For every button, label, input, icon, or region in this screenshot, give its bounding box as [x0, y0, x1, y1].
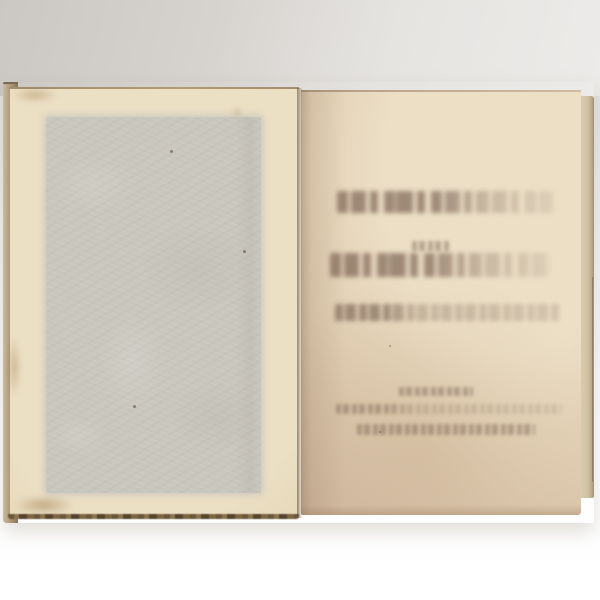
title-line-edition — [335, 304, 559, 321]
foxing-spot — [389, 345, 391, 347]
title-line-subtitle — [330, 253, 550, 277]
faded-text-ink — [330, 253, 550, 277]
foxing-stain — [14, 495, 74, 515]
foxing-spot — [133, 405, 136, 408]
left-page — [10, 87, 299, 518]
faded-text-ink — [335, 304, 559, 321]
foxing-stain — [12, 87, 58, 103]
faded-text-ink — [357, 424, 535, 435]
imprint-line-2 — [336, 404, 562, 414]
book-gutter — [297, 88, 302, 518]
fore-edge-pages — [581, 96, 594, 498]
right-page-bottom-shadow — [301, 505, 581, 515]
foxing-spot — [170, 150, 173, 153]
title-line-main — [337, 191, 553, 213]
foxing-stain — [7, 337, 21, 397]
imprint-line-3 — [357, 424, 535, 435]
plate-showthrough — [46, 117, 261, 493]
left-page-top-edge — [10, 87, 299, 89]
open-book — [3, 82, 594, 523]
imprint-line-1 — [399, 387, 473, 396]
foxing-spot — [379, 431, 381, 433]
foxing-stain — [232, 107, 242, 117]
faded-text-ink — [336, 404, 562, 414]
title-line-and — [412, 241, 450, 251]
right-page-top-edge — [301, 90, 581, 92]
photo-scene: Photograph of an open antique book on a … — [0, 0, 600, 600]
faded-text-ink — [337, 191, 553, 213]
faded-text-ink — [399, 387, 473, 396]
left-page-bottom-edge — [8, 514, 299, 519]
faded-text-ink — [412, 241, 450, 251]
foxing-spot — [243, 250, 246, 253]
right-page-title — [301, 90, 581, 515]
